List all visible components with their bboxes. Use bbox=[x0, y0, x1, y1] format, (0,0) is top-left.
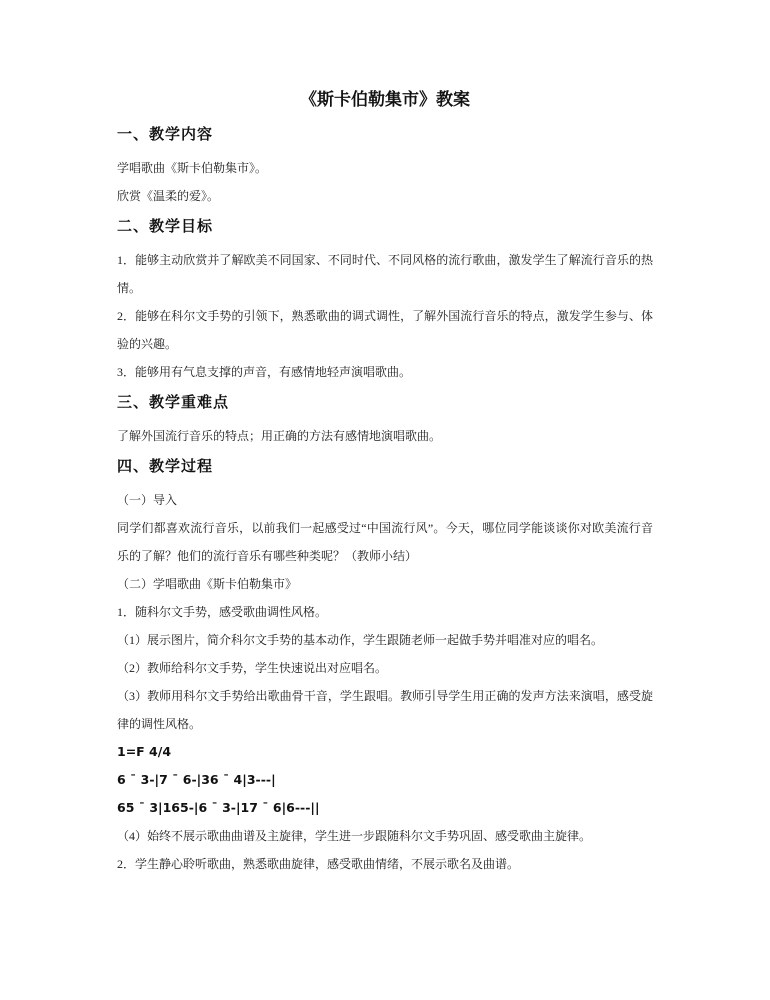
section-teaching-content: 一、教学内容 学唱歌曲《斯卡伯勒集市》。 欣赏《温柔的爱》。 bbox=[117, 124, 653, 210]
paragraph: （一）导入 bbox=[117, 486, 653, 514]
paragraph: （3）教师用科尔文手势给出歌曲骨干音，学生跟唱。教师引导学生用正确的发声方法来演… bbox=[117, 682, 653, 738]
notation-line: 6 ˉ 3-|7 ˉ 6-|36 ˉ 4|3---| bbox=[117, 766, 653, 794]
numbered-item: 2．学生静心聆听歌曲，熟悉歌曲旋律，感受歌曲情绪，不展示歌名及曲谱。 bbox=[117, 850, 653, 878]
numbered-item: 1．能够主动欣赏并了解欧美不同国家、不同时代、不同风格的流行歌曲，激发学生了解流… bbox=[117, 246, 653, 302]
paragraph: （2）教师给科尔文手势，学生快速说出对应唱名。 bbox=[117, 654, 653, 682]
paragraph: 了解外国流行音乐的特点；用正确的方法有感情地演唱歌曲。 bbox=[117, 422, 653, 450]
notation-line: 65 ˉ 3|165-|6 ˉ 3-|17 ˉ 6|6---|| bbox=[117, 794, 653, 822]
section-heading-1: 一、教学内容 bbox=[117, 124, 653, 146]
section-heading-3: 三、教学重难点 bbox=[117, 392, 653, 414]
document-page: 《斯卡伯勒集市》教案 一、教学内容 学唱歌曲《斯卡伯勒集市》。 欣赏《温柔的爱》… bbox=[0, 0, 770, 1000]
paragraph: （4）始终不展示歌曲曲谱及主旋律，学生进一步跟随科尔文手势巩固、感受歌曲主旋律。 bbox=[117, 822, 653, 850]
numbered-item: 3．能够用有气息支撑的声音，有感情地轻声演唱歌曲。 bbox=[117, 358, 653, 386]
section-teaching-process: 四、教学过程 （一）导入 同学们都喜欢流行音乐，以前我们一起感受过“中国流行风”… bbox=[117, 456, 653, 878]
section-key-difficulties: 三、教学重难点 了解外国流行音乐的特点；用正确的方法有感情地演唱歌曲。 bbox=[117, 392, 653, 450]
section-heading-4: 四、教学过程 bbox=[117, 456, 653, 478]
section-heading-2: 二、教学目标 bbox=[117, 216, 653, 238]
paragraph: 同学们都喜欢流行音乐，以前我们一起感受过“中国流行风”。今天，哪位同学能谈谈你对… bbox=[117, 514, 653, 570]
section-teaching-goals: 二、教学目标 1．能够主动欣赏并了解欧美不同国家、不同时代、不同风格的流行歌曲，… bbox=[117, 216, 653, 386]
document-title: 《斯卡伯勒集市》教案 bbox=[117, 88, 653, 112]
paragraph: 学唱歌曲《斯卡伯勒集市》。 bbox=[117, 154, 653, 182]
numbered-item: 2．能够在科尔文手势的引领下，熟悉歌曲的调式调性，了解外国流行音乐的特点，激发学… bbox=[117, 302, 653, 358]
paragraph: （1）展示图片，简介科尔文手势的基本动作，学生跟随老师一起做手势并唱准对应的唱名… bbox=[117, 626, 653, 654]
paragraph: 欣赏《温柔的爱》。 bbox=[117, 182, 653, 210]
notation-key-signature: 1=F 4/4 bbox=[117, 738, 653, 766]
numbered-item: 1．随科尔文手势，感受歌曲调性风格。 bbox=[117, 598, 653, 626]
paragraph: （二）学唱歌曲《斯卡伯勒集市》 bbox=[117, 570, 653, 598]
